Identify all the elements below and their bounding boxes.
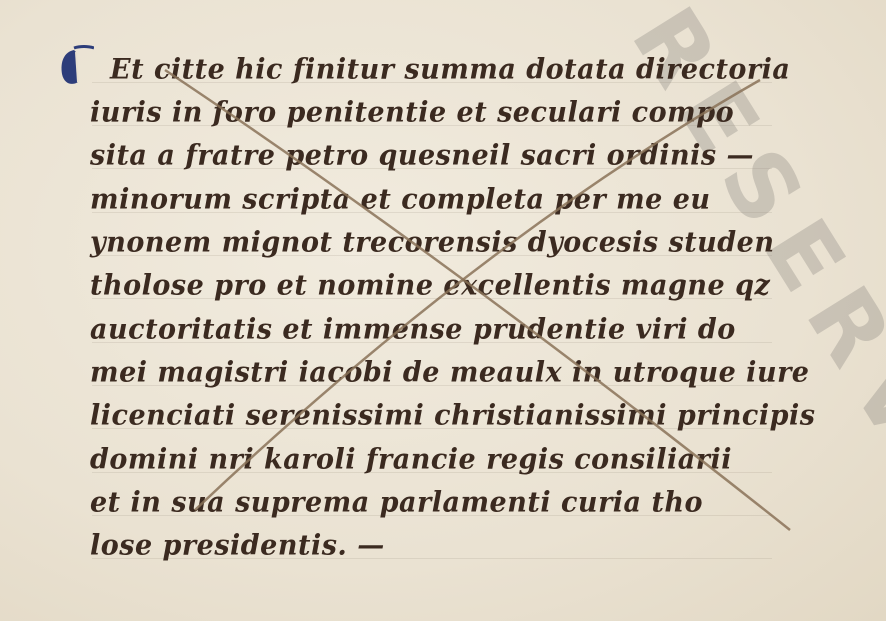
cancellation-cross-strokes <box>0 0 886 621</box>
manuscript-page: RESERVE Et citte hic finitur summa dotat… <box>0 0 886 621</box>
